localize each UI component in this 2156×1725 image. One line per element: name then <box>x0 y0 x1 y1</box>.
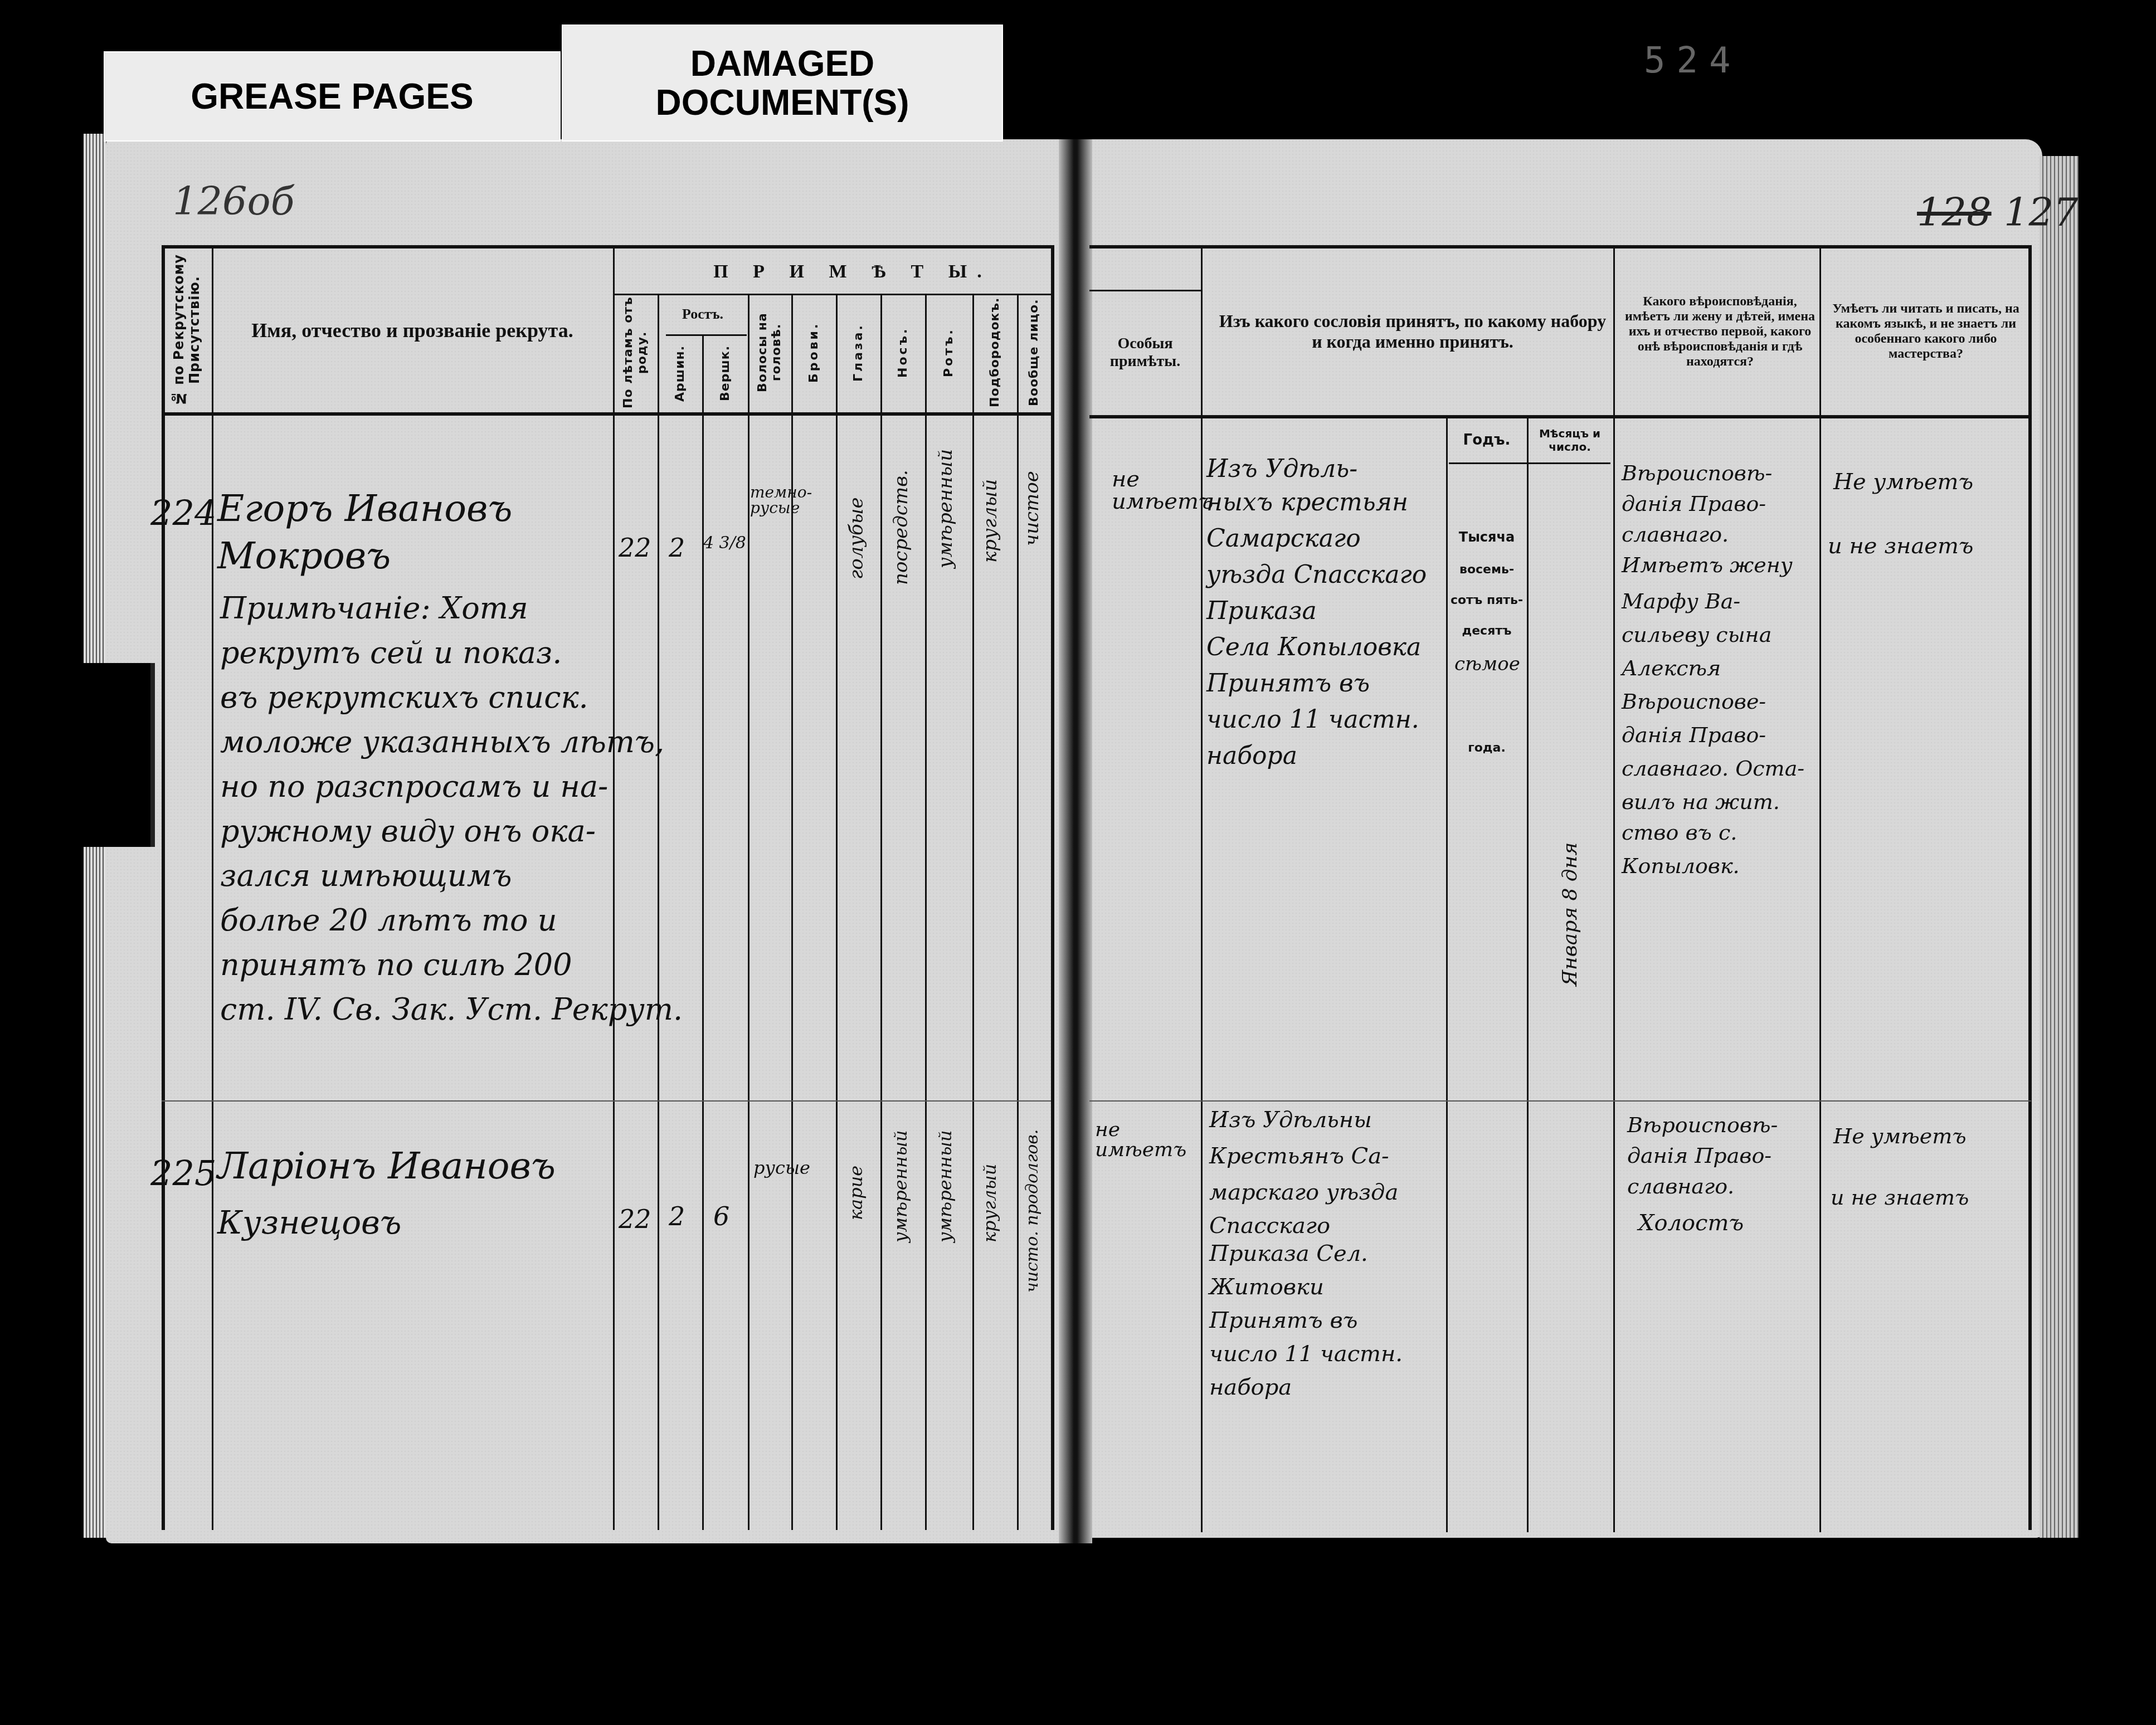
note-line: но по разспросамъ и на- <box>220 772 608 802</box>
estate-line: Приказа <box>1206 599 1317 623</box>
year-divider <box>1449 462 1610 464</box>
eyes-value: карие <box>847 1137 865 1220</box>
face-value: чисто. продолгов. <box>1024 1109 1041 1293</box>
religion-line: ство въ с. <box>1622 822 1737 843</box>
header-religion: Какого вѣроисповѣданія, имѣетъ ли жену и… <box>1619 251 1821 412</box>
estate-line: набора <box>1209 1376 1292 1398</box>
religion-line: славнаго. Оста- <box>1622 758 1804 779</box>
year-word: Тысяча <box>1448 529 1526 545</box>
col-divider <box>748 295 750 1530</box>
header-primety: П Р И М Ѣ Т Ы. <box>658 251 1048 293</box>
header-arshin: Аршин. <box>659 337 701 410</box>
header-name: Имя, отчество и прозваніе рекрута. <box>215 251 610 410</box>
estate-line: Житовки <box>1209 1276 1324 1298</box>
col-divider <box>1819 245 1821 1532</box>
header-vershok: Вершк. <box>703 337 747 410</box>
religion-line: вилъ на жит. <box>1622 791 1780 812</box>
vershok-value: 6 <box>713 1203 729 1229</box>
header-eyes: Глаза. <box>837 295 879 410</box>
grease-pages-label: GREASE PAGES <box>104 51 561 142</box>
religion-line: Вѣроисповѣ- <box>1622 462 1772 484</box>
literacy-line: Не умѣетъ <box>1833 1125 1967 1147</box>
eyes-value: голубые <box>847 457 866 579</box>
col-divider <box>880 295 882 1530</box>
religion-line: Марфу Ва- <box>1622 591 1740 612</box>
estate-line: Самарскаго <box>1206 527 1361 551</box>
nose-value: посредств. <box>892 457 911 585</box>
recruit-name: Ларіонъ Ивановъ <box>217 1148 556 1185</box>
header-chin: Подбородокъ. <box>974 295 1016 410</box>
col-divider <box>1613 245 1615 1532</box>
recruit-number: 225 <box>150 1156 216 1191</box>
col-divider <box>658 295 659 1530</box>
recruit-name: Егоръ Ивановъ <box>217 490 512 527</box>
estate-line: число 11 частн. <box>1206 708 1419 732</box>
hair-value: русые <box>753 1159 810 1177</box>
religion-line: сильеву сына <box>1622 624 1771 645</box>
religion-line: данія Право- <box>1622 724 1766 745</box>
note-line: ст. IV. Св. Зак. Уст. Рекрут. <box>220 995 683 1025</box>
religion-line: славнаго. <box>1622 524 1729 545</box>
estate-line: набора <box>1206 744 1297 768</box>
note-line: Примѣчаніе: Хотя <box>220 593 528 623</box>
row-divider <box>162 1100 1051 1102</box>
header-mouth: Ротъ. <box>926 295 971 410</box>
header-age: По лѣтамъ отъ роду. <box>614 295 656 410</box>
col-divider <box>1446 418 1448 1532</box>
religion-line: данія Право- <box>1627 1145 1771 1166</box>
folio-number-right: 128 127 <box>1917 189 2078 235</box>
religion-line: данія Право- <box>1622 493 1766 514</box>
note-line: болѣе 20 лѣтъ то и <box>220 905 557 935</box>
age-value: 22 <box>619 1206 651 1232</box>
recruit-surname: Мокровъ <box>217 538 391 574</box>
month-day-value: Января 8 дня <box>1560 641 1580 986</box>
religion-line: Вѣроиспове- <box>1622 691 1766 712</box>
estate-line: уѣзда Спасскаго <box>1206 563 1427 587</box>
col-divider <box>1017 295 1019 1530</box>
year-word: года. <box>1448 741 1526 755</box>
literacy-line: и не знаетъ <box>1831 1187 1969 1208</box>
page-edge-right <box>2040 156 2079 1538</box>
arshin-value: 2 <box>669 1203 685 1229</box>
arshin-value: 2 <box>669 535 685 561</box>
estate-line: Изъ Удѣль- <box>1206 457 1357 481</box>
header-divider <box>162 412 1051 416</box>
damaged-text-line1: DAMAGED <box>690 44 875 83</box>
special-divider <box>1089 290 1201 291</box>
row-divider <box>1089 1100 2031 1102</box>
damaged-text-line2: DOCUMENT(S) <box>655 83 909 122</box>
estate-line: Спасскаго <box>1209 1215 1330 1237</box>
note-line: зался имѣющимъ <box>220 861 512 891</box>
note-line: рекрутъ сей и показ. <box>220 638 562 668</box>
folio-struck: 128 <box>1917 189 1992 235</box>
header-estate: Изъ какого сословія принятъ, по какому н… <box>1206 251 1619 412</box>
chin-value: круглый <box>981 435 1000 563</box>
frame-stamp-number: 524 <box>1644 40 1742 81</box>
col-divider <box>1201 245 1203 1532</box>
col-divider <box>972 295 974 1530</box>
face-value: чистое <box>1023 435 1042 546</box>
year-word: десятъ <box>1448 624 1526 638</box>
header-special: Особыя примѣты. <box>1092 293 1198 412</box>
header-literacy: Умѣетъ ли читать и писать, на какомъ язы… <box>1823 251 2028 412</box>
year-handwritten: сѣмое <box>1454 655 1520 674</box>
col-divider <box>613 248 615 1530</box>
col-divider <box>925 295 927 1530</box>
religion-line: Копыловк. <box>1622 855 1740 876</box>
col-divider <box>791 295 793 1530</box>
estate-line: Принятъ въ <box>1209 1309 1357 1332</box>
estate-line: Изъ Удѣльны <box>1209 1109 1372 1131</box>
rost-divider <box>666 334 747 336</box>
religion-line: Вѣроисповѣ- <box>1627 1114 1778 1136</box>
year-word: сотъ пять- <box>1448 593 1526 607</box>
header-month: Мѣсяцъ и число. <box>1528 419 1612 461</box>
chin-value: круглый <box>981 1114 999 1242</box>
header-year: Годъ. <box>1448 419 1526 461</box>
header-hair: Волосы на головѣ. <box>749 295 790 410</box>
literacy-line: и не знаетъ <box>1828 535 1973 557</box>
special-marks-value: не имѣетъ <box>1095 1120 1198 1160</box>
col-divider <box>212 248 213 1530</box>
age-value: 22 <box>619 535 651 561</box>
estate-line: Села Копыловка <box>1206 635 1421 660</box>
religion-line: Имѣетъ жену <box>1622 554 1793 576</box>
header-height: Ростъ. <box>659 295 747 333</box>
vershok-value: 4 3/8 <box>703 535 746 552</box>
mouth-value: умѣренный <box>936 440 955 568</box>
col-divider <box>702 334 704 1530</box>
estate-line: марскаго уѣзда <box>1209 1181 1398 1203</box>
estate-line: Крестьянъ Са- <box>1209 1145 1389 1167</box>
book-spine <box>1059 139 1092 1543</box>
nose-value: умѣренный <box>892 1114 909 1242</box>
special-marks-value: не имѣетъ <box>1112 468 1195 513</box>
header-number: № по Рекрутскому Присутствію. <box>163 251 211 410</box>
recruit-surname: Кузнецовъ <box>217 1206 402 1239</box>
year-word: восемь- <box>1448 563 1526 577</box>
literacy-line: Не умѣетъ <box>1833 471 1973 493</box>
black-tab-marker <box>0 663 155 847</box>
mouth-value: умѣренный <box>936 1114 954 1242</box>
header-brows: Брови. <box>792 295 835 410</box>
col-divider <box>1527 418 1529 1532</box>
note-line: въ рекрутскихъ списк. <box>220 683 588 713</box>
header-nose: Носъ. <box>882 295 924 410</box>
religion-line: славнаго. <box>1627 1176 1734 1197</box>
estate-line: число 11 частн. <box>1209 1343 1403 1365</box>
header-divider <box>1089 415 2031 418</box>
religion-line: Холостъ <box>1638 1212 1744 1234</box>
note-line: принятъ по силѣ 200 <box>220 950 572 980</box>
grease-pages-text: GREASE PAGES <box>191 77 473 116</box>
col-divider <box>836 295 838 1530</box>
estate-line: Принятъ въ <box>1206 671 1370 696</box>
damaged-documents-label: DAMAGED DOCUMENT(S) <box>562 25 1003 142</box>
note-line: ружному виду онъ ока- <box>220 816 596 846</box>
recruit-number: 224 <box>150 496 216 530</box>
folio-number-left: 126об <box>173 178 294 224</box>
estate-line: ныхъ крестьян <box>1206 490 1408 515</box>
religion-line: Алексѣя <box>1622 657 1721 679</box>
folio-current: 127 <box>2004 189 2079 235</box>
hair-value: темно-русые <box>750 485 834 516</box>
note-line: моложе указанныхъ лѣтъ, <box>220 727 664 757</box>
header-face: Вообще лицо. <box>1018 295 1049 410</box>
estate-line: Приказа Сел. <box>1209 1242 1368 1265</box>
